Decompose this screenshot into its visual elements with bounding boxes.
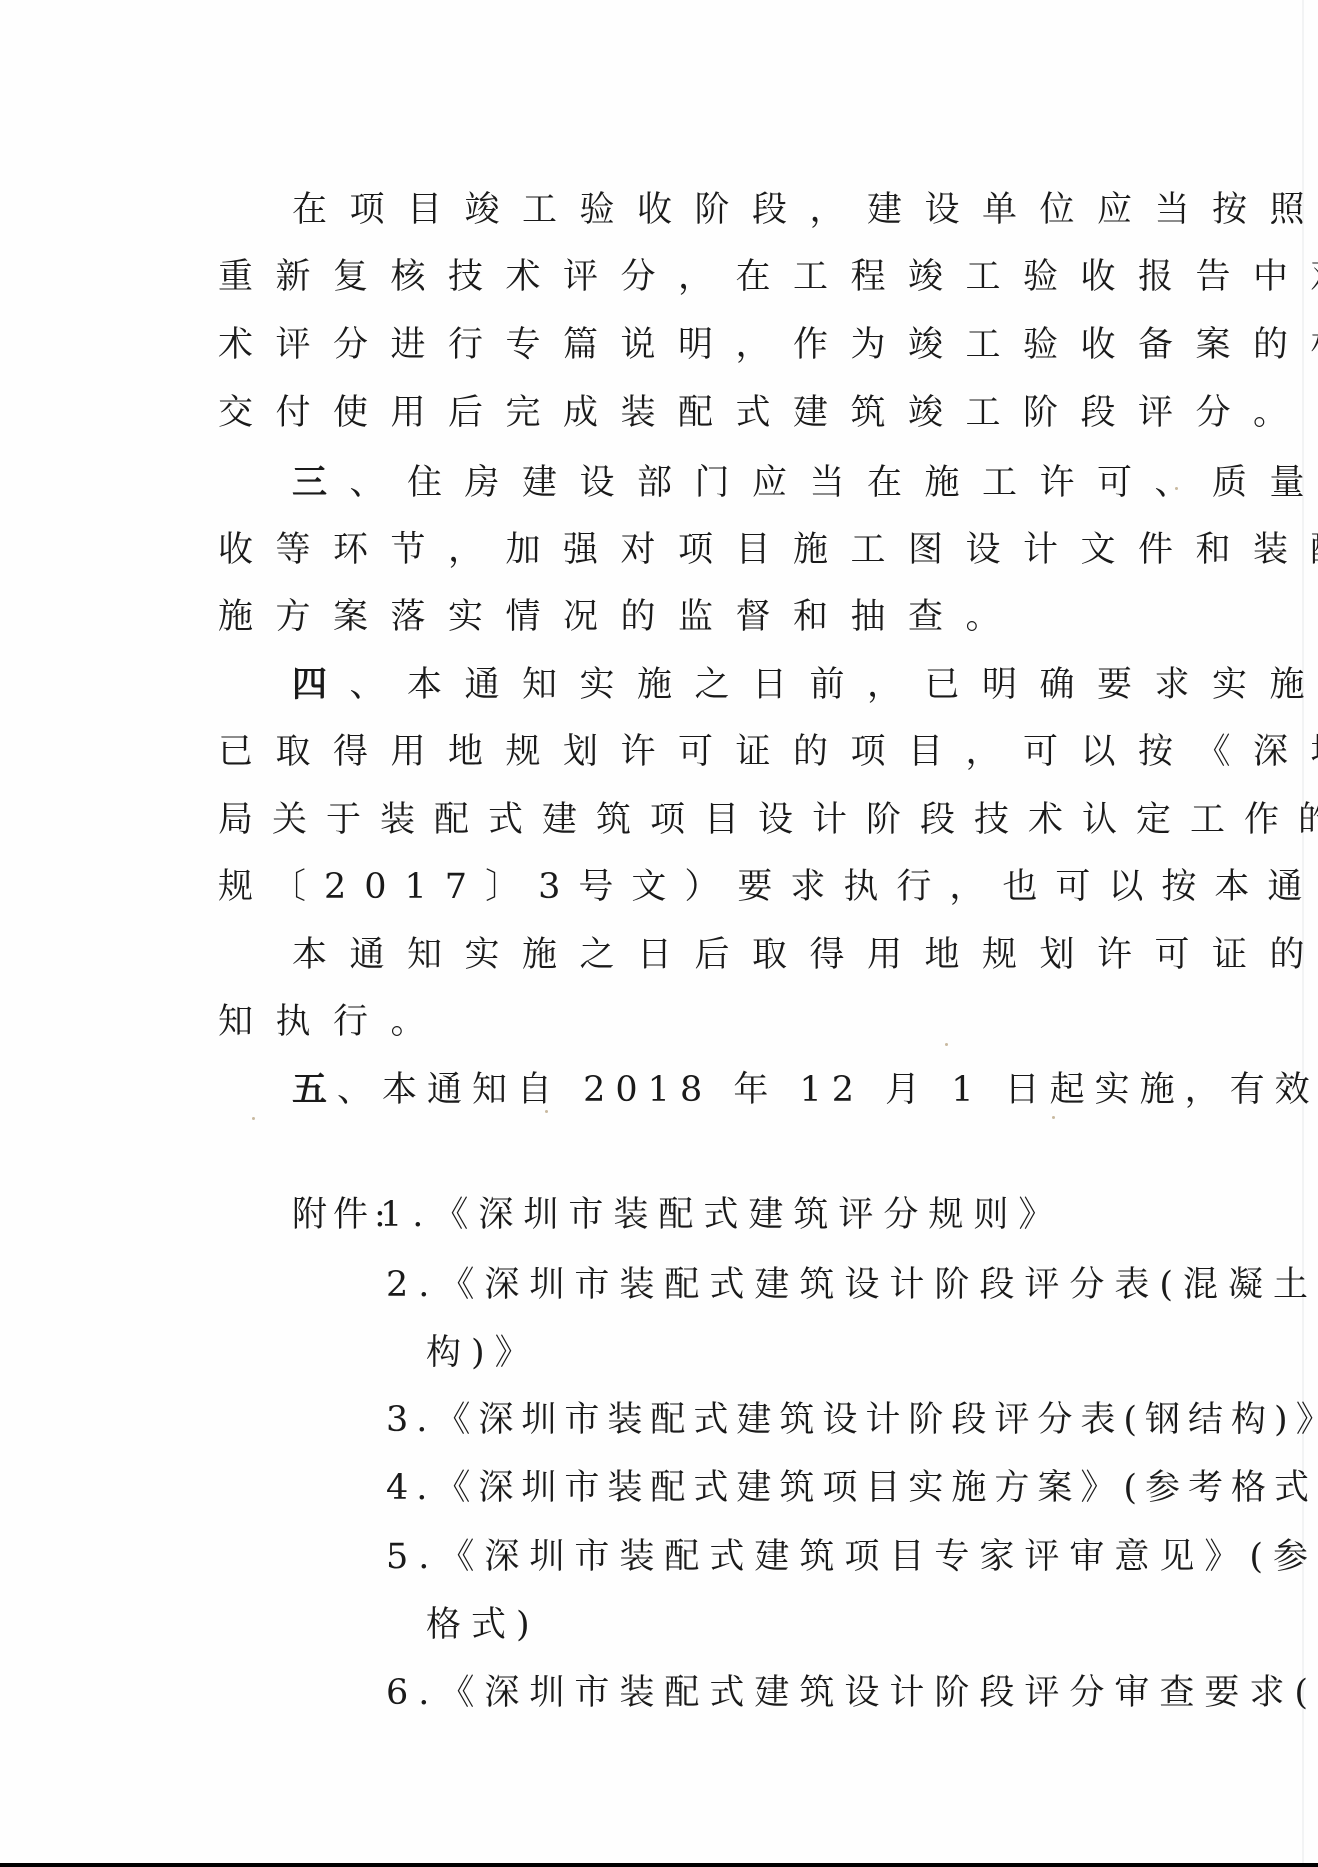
attachments-label: 附件: bbox=[292, 1185, 382, 1245]
attachment-4[interactable]: 4.《深圳市装配式建筑项目实施方案》(参考格式) bbox=[386, 1458, 1318, 1518]
paragraph-4-line-1: 本通知实施之日后取得用地规划许可证的项目，按本通 bbox=[292, 925, 1232, 985]
paragraph-1-line-3: 术评分进行专篇说明，作为竣工验收备案的材料之一，项目 bbox=[218, 315, 1158, 375]
section-4-line-2: 已取得用地规划许可证的项目，可以按《深圳市住房和建设 bbox=[218, 722, 1158, 782]
section-4-line-3: 局关于装配式建筑项目设计阶段技术认定工作的通知》(深建 bbox=[218, 790, 1158, 850]
paragraph-4-line-2: 知执行。 bbox=[218, 992, 1158, 1052]
attachment-3[interactable]: 3.《深圳市装配式建筑设计阶段评分表(钢结构)》 bbox=[386, 1390, 1318, 1450]
section-3-line-3: 施方案落实情况的监督和抽查。 bbox=[218, 587, 1158, 647]
attachment-5-line-2[interactable]: 格式) bbox=[426, 1595, 1318, 1655]
scan-bottom-border bbox=[0, 1863, 1318, 1867]
section-4-line-1: 四、本通知实施之日前，已明确要求实施装配式建筑且 bbox=[292, 655, 1232, 715]
scan-speck bbox=[945, 1043, 948, 1046]
section-number: 五 bbox=[292, 1069, 337, 1110]
section-3-line-1: 三、住房建设部门应当在施工许可、质量监管、竣工验 bbox=[292, 453, 1232, 513]
attachment-5-line-1[interactable]: 5.《深圳市装配式建筑项目专家评审意见》(参考 bbox=[386, 1527, 1318, 1587]
paragraph-1-line-1: 在项目竣工验收阶段，建设单位应当按照竣工验收资料 bbox=[292, 180, 1232, 240]
scan-speck bbox=[252, 1117, 255, 1120]
section-3-line-2: 收等环节，加强对项目施工图设计文件和装配式建筑项目实 bbox=[218, 520, 1158, 580]
section-number: 三 bbox=[292, 462, 350, 503]
document-page: 在项目竣工验收阶段，建设单位应当按照竣工验收资料 重新复核技术评分，在工程竣工验… bbox=[0, 0, 1318, 1863]
scan-speck bbox=[1052, 1116, 1055, 1119]
attachment-2-line-2[interactable]: 构)》 bbox=[426, 1323, 1318, 1383]
section-number: 四 bbox=[292, 664, 350, 705]
section-4-line-4: 规〔2017〕3号文）要求执行，也可以按本通知要求执行。 bbox=[218, 857, 1158, 917]
paragraph-1-line-2: 重新复核技术评分，在工程竣工验收报告中对装配式建筑技 bbox=[218, 247, 1158, 307]
attachment-6-line-1[interactable]: 6.《深圳市装配式建筑设计阶段评分审查要求(施 bbox=[386, 1663, 1318, 1723]
paragraph-1-line-4: 交付使用后完成装配式建筑竣工阶段评分。 bbox=[218, 383, 1158, 443]
scan-speck bbox=[1175, 487, 1178, 490]
section-5-line-1: 五、本通知自 2018 年 12 月 1 日起实施，有效期 5 年。 bbox=[292, 1060, 1232, 1120]
attachment-1[interactable]: 1.《深圳市装配式建筑评分规则》 bbox=[380, 1185, 1318, 1245]
scan-speck bbox=[545, 1110, 548, 1113]
attachment-2-line-1[interactable]: 2.《深圳市装配式建筑设计阶段评分表(混凝土结 bbox=[386, 1255, 1318, 1315]
